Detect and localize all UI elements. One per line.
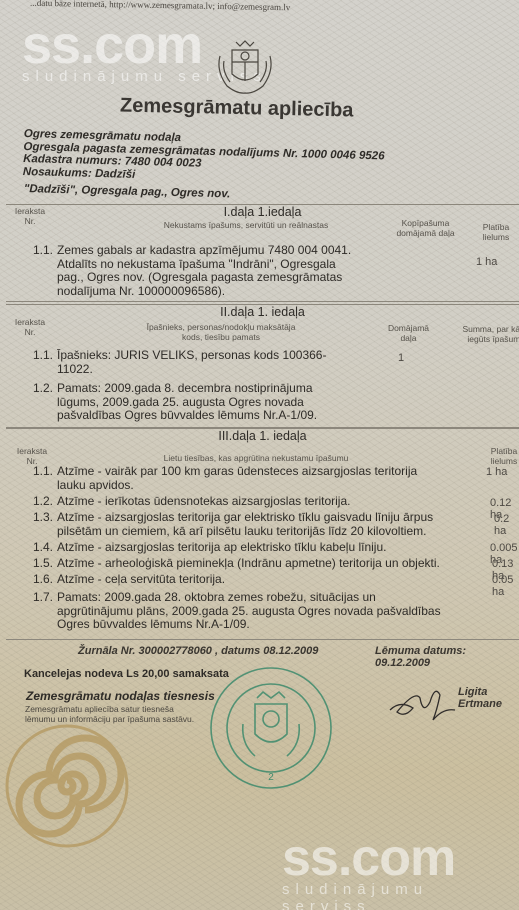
part3-col-area: Platība lielums	[484, 446, 519, 466]
entry-number: 1.5.	[33, 557, 53, 571]
area-value: 1 ha	[486, 466, 507, 478]
document-header: Ogres zemesgrāmatu nodaļa Ogresgala paga…	[23, 128, 385, 187]
property-address: "Dadzīši", Ogresgala pag., Ogres nov.	[24, 183, 231, 200]
entry-text: Pamats: 2009.gada 28. oktobra zemes robe…	[57, 591, 441, 632]
part2-col-share: Domājamā daļa	[386, 323, 431, 343]
entry-text: Atzīme - ierīkotas ūdensnotekas aizsargj…	[57, 495, 350, 509]
entry-line: Īpašnieks: JURIS VELIKS, personas kods 1…	[57, 349, 326, 363]
entry-text: Atzīme - vairāk par 100 km garas ūdenste…	[57, 465, 417, 492]
note-line: Zemesgrāmatu apliecība satur tiesneša	[25, 704, 194, 714]
watermark-brand-bottom: ss.com	[282, 828, 455, 888]
entry-number: 1.3.	[33, 511, 53, 525]
part1-col-area: Platība lielums	[476, 222, 516, 242]
entry-text: Atzīme - ceļa servitūta teritorija.	[57, 573, 225, 587]
judge-title: Zemesgrāmatu nodaļas tiesnesis	[26, 689, 215, 703]
part1-col-entry: Ieraksta Nr.	[10, 206, 50, 226]
entry-number: 1.7.	[33, 591, 53, 605]
decision-date: Lēmuma datums: 09.12.2009	[375, 645, 519, 669]
header-url-line: ...datu bāze internetā, http://www.zemes…	[30, 0, 291, 12]
entry-line: nodalījuma Nr. 100000096586).	[57, 285, 351, 299]
stamp-number: 2	[268, 772, 274, 783]
entry-text: Zemes gabals ar kadastra apzīmējumu 7480…	[57, 244, 351, 298]
part2-title: II.daļa 1. iedaļa	[6, 305, 519, 319]
document-title: Zemesgrāmatu apliecība	[120, 95, 354, 123]
office-fee: Kancelejas nodeva Ls 20,00 samaksata	[24, 668, 229, 680]
entry-number: 1.4.	[33, 541, 53, 555]
entry-line: Atdalīts no nekustama īpašuma "Indrāni",…	[57, 258, 351, 272]
entry-line: lūgums, 2009.gada 25. augusta Ogres nova…	[57, 396, 317, 410]
entry-line: Atzīme - vairāk par 100 km garas ūdenste…	[57, 465, 417, 479]
entry-number: 1.6.	[33, 573, 53, 587]
part1-col-desc: Nekustams īpašums, servitūti un reālnast…	[136, 220, 356, 230]
part2-col-sum: Summa, par kādu iegūts īpašums	[456, 324, 519, 344]
entry-line: pilsētām un ciemiem, kā arī pilsētu lauk…	[57, 525, 433, 539]
entry-line: 11022.	[57, 363, 326, 377]
entry-line: Pamats: 2009.gada 8. decembra nostiprinā…	[57, 382, 317, 396]
area-value: 0.2 ha	[494, 513, 519, 537]
entry-text: Pamats: 2009.gada 8. decembra nostiprinā…	[57, 382, 317, 423]
entry-number: 1.1.	[33, 349, 53, 363]
part3-title: III.daļa 1. iedaļa	[6, 429, 519, 443]
coat-of-arms-icon	[212, 36, 278, 98]
watermark-tagline-bottom: sludinājumu serviss	[282, 881, 519, 910]
entry-line: Zemes gabals ar kadastra apzīmējumu 7480…	[57, 244, 351, 258]
entry-text: Atzīme - arheoloģiskā pieminekļa (Indrān…	[57, 557, 440, 571]
entry-number: 1.2.	[33, 495, 53, 509]
part2-section: II.daļa 1. iedaļa Ieraksta Nr. Īpašnieks…	[6, 304, 519, 428]
entry-text: Īpašnieks: JURIS VELIKS, personas kods 1…	[57, 349, 326, 376]
entry-line: lauku apvidos.	[57, 479, 417, 493]
part3-col-desc: Lietu tiesības, kas apgrūtina nekustamu …	[146, 453, 366, 463]
official-stamp-icon: 2	[207, 664, 335, 792]
entry-text: Atzīme - aizsargjoslas teritorija gar el…	[57, 511, 433, 538]
part2-col-entry: Ieraksta Nr.	[10, 317, 50, 337]
journal-number: Žurnāla Nr. 300002778060 , datums 08.12.…	[78, 645, 318, 657]
entry-number: 1.2.	[33, 382, 53, 396]
watermark-brand-top: ss.com	[22, 14, 202, 76]
part3-section: III.daļa 1. iedaļa Ieraksta Nr. Lietu ti…	[6, 428, 519, 640]
entry-line: Ogres būvvaldes lēmums Nr.A-1/09.	[57, 618, 441, 632]
entry-text: Atzīme - aizsargjoslas teritorija ap ele…	[57, 541, 386, 555]
entry-line: Pamats: 2009.gada 28. oktobra zemes robe…	[57, 591, 441, 605]
security-seal-icon	[5, 718, 145, 858]
signer-name: Ligita Ertmane	[458, 686, 519, 710]
part2-share-value: 1	[398, 352, 404, 364]
area-value: 0.05 ha	[492, 574, 519, 598]
part1-title: I.daļa 1.iedaļa	[6, 205, 519, 219]
signature-icon	[385, 680, 460, 725]
entry-line: pašvaldības Ogres būvvaldes lēmums Nr.A-…	[57, 409, 317, 423]
entry-number: 1.1.	[33, 244, 53, 258]
part1-col-share: Kopīpašuma domājamā daļa	[388, 218, 463, 238]
entry-line: Atzīme - aizsargjoslas teritorija gar el…	[57, 511, 433, 525]
part3-col-entry: Ieraksta Nr.	[12, 446, 52, 466]
entry-line: pag., Ogres nov. (Ogresgala pagasta zeme…	[57, 271, 351, 285]
part1-section: I.daļa 1.iedaļa Ieraksta Nr. Nekustams ī…	[6, 204, 519, 302]
part2-col-desc: Īpašnieks, personas/nodokļu maksātāja ko…	[146, 322, 296, 342]
entry-line: apgrūtinājumu plāns, 2009.gada 25. augus…	[57, 605, 441, 619]
entry-number: 1.1.	[33, 465, 53, 479]
part1-area-value: 1 ha	[476, 256, 497, 268]
